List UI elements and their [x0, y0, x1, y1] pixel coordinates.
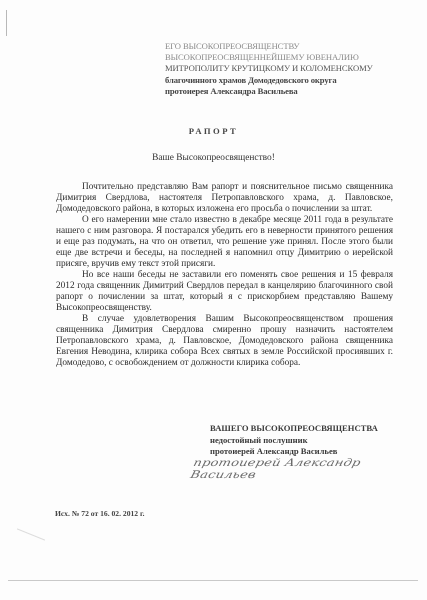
signoff-block: ВАШЕГО ВЫСОКОПРЕОСВЯЩЕНСТВА недостойный …: [210, 423, 378, 458]
addressee-line-2: ВЫСОКОПРЕОСВЯЩЕННЕЙШЕМУ ЮВЕНАЛИЮ: [165, 52, 415, 63]
addressee-line-3: МИТРОПОЛИТУ КРУТИЦКОМУ И КОЛОМЕНСКОМУ: [165, 63, 415, 74]
addressee-block: ЕГО ВЫСОКОПРЕОСВЯЩЕНСТВУ ВЫСОКОПРЕОСВЯЩЕ…: [165, 41, 415, 97]
scan-artifact: [17, 528, 45, 540]
outgoing-reference: Исх. № 72 от 16. 02. 2012 г.: [55, 509, 144, 518]
paragraph-2: О его намерении мне стало известно в дек…: [56, 215, 393, 270]
scan-margin-mark: [6, 10, 7, 36]
sender-line-1: благочинного храмов Домодедовского округ…: [165, 75, 415, 86]
document-page: ЕГО ВЫСОКОПРЕОСВЯЩЕНСТВУ ВЫСОКОПРЕОСВЯЩЕ…: [0, 0, 427, 600]
salutation: Ваше Высокопреосвященство!: [0, 153, 427, 163]
paragraph-1: Почтительно представляю Вам рапорт и поя…: [56, 182, 393, 215]
signoff-line-1: ВАШЕГО ВЫСОКОПРЕОСВЯЩЕНСТВА: [210, 423, 378, 435]
scan-edge-line: [8, 580, 418, 581]
document-title: РАПОРТ: [0, 126, 427, 136]
signoff-line-2: недостойный послушник: [210, 435, 378, 447]
document-body: Почтительно представляю Вам рапорт и поя…: [56, 182, 393, 369]
sender-line-2: протоиерея Александра Васильева: [165, 86, 415, 97]
paragraph-4: В случае удовлетворения Вашим Высокопрео…: [56, 314, 393, 369]
addressee-line-1: ЕГО ВЫСОКОПРЕОСВЯЩЕНСТВУ: [165, 41, 415, 52]
handwritten-signature: протоиерей Александр Васильев: [189, 457, 427, 481]
paragraph-3: Но все наши беседы не заставили его поме…: [56, 270, 393, 314]
